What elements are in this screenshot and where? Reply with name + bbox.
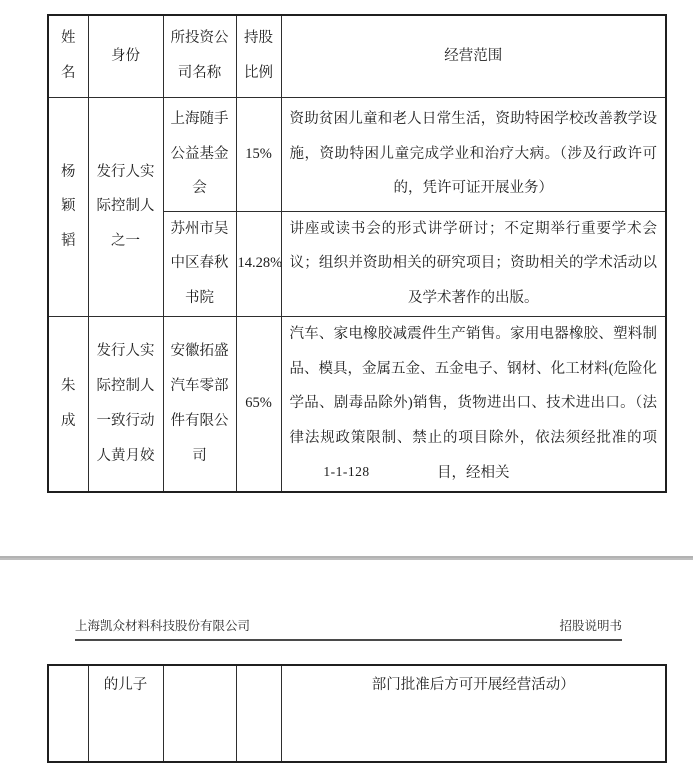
cell-ratio: 15% [236,97,281,211]
page-break-separator [0,556,693,560]
table-row-continuation: 的儿子 部门批准后方可开展经营活动） [48,665,666,762]
page-number: 1-1-128 [0,464,693,480]
cell-company-empty [163,665,236,762]
cell-scope: 资助贫困儿童和老人日常生活，资助特困学校改善教学设施，资助特困儿童完成学业和治疗… [281,97,666,211]
investments-table-continuation: 的儿子 部门批准后方可开展经营活动） [47,664,667,763]
running-header: 上海凯众材料科技股份有限公司 招股说明书 [75,616,622,641]
cell-ratio-empty [236,665,281,762]
running-header-doc-type: 招股说明书 [559,616,622,634]
cell-scope: 讲座或读书会的形式讲学研讨；不定期举行重要学术会议；组织并资助相关的研究项目；资… [281,211,666,316]
table-header-row: 姓名 身份 所投资公司名称 持股比例 经营范围 [48,15,666,97]
investments-table: 姓名 身份 所投资公司名称 持股比例 经营范围 杨颖韬 发行人实际控制人之一 上… [47,14,667,493]
table-row: 杨颖韬 发行人实际控制人之一 上海随手公益基金会 15% 资助贫困儿童和老人日常… [48,97,666,211]
header-identity: 身份 [88,15,163,97]
cell-company: 上海随手公益基金会 [163,97,236,211]
cell-company: 苏州市吴中区春秋书院 [163,211,236,316]
cell-person-name-empty [48,665,88,762]
cell-person-name: 杨颖韬 [48,97,88,316]
running-header-company: 上海凯众材料科技股份有限公司 [75,616,250,634]
cell-ratio: 14.28% [236,211,281,316]
cell-scope-continuation: 部门批准后方可开展经营活动） [281,665,666,762]
header-name: 姓名 [48,15,88,97]
cell-identity-continuation: 的儿子 [88,665,163,762]
header-scope: 经营范围 [281,15,666,97]
cell-identity: 发行人实际控制人之一 [88,97,163,316]
header-company: 所投资公司名称 [163,15,236,97]
header-ratio: 持股比例 [236,15,281,97]
